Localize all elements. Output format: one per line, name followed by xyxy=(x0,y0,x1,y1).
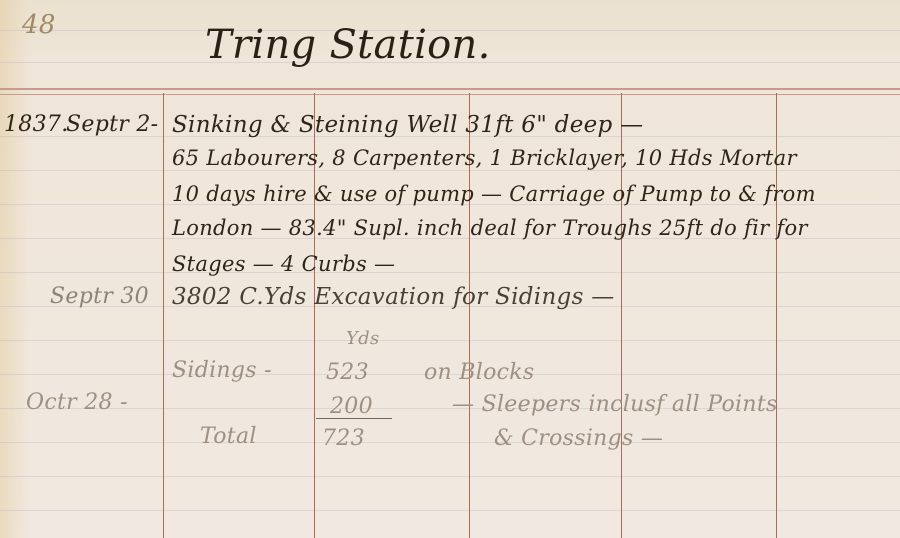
entry-line: 10 days hire & use of pump — Carriage of… xyxy=(172,182,816,206)
note-line: — Sleepers inclusf all Points xyxy=(452,392,778,417)
entry-line: Stages — 4 Curbs — xyxy=(172,252,395,276)
sidings-label: Sidings - xyxy=(172,358,272,383)
unit-label: Yds xyxy=(346,328,380,349)
ruled-line xyxy=(0,272,900,273)
column-divider xyxy=(163,93,164,538)
entry-date: Octr 28 - xyxy=(26,390,128,415)
note-line: & Crossings — xyxy=(494,426,663,451)
total-label: Total xyxy=(200,424,257,449)
entry-line: 3802 C.Yds Excavation for Sidings — xyxy=(172,284,615,310)
entry-date: Septr 30 xyxy=(50,284,149,309)
entry-line: Sinking & Steining Well 31ft 6" deep — xyxy=(172,112,643,138)
ledger-page: 48 Tring Station. 1837. Septr 2- Sinking… xyxy=(0,0,900,538)
ruled-line xyxy=(0,510,900,511)
note-line: on Blocks xyxy=(424,360,535,385)
value-blocks: 523 xyxy=(326,360,369,385)
entry-line: London — 83.4" Supl. inch deal for Troug… xyxy=(172,216,808,240)
entry-year: 1837. xyxy=(4,112,68,137)
total-value: 723 xyxy=(322,426,365,451)
page-number: 48 xyxy=(22,10,56,40)
header-rule-top xyxy=(0,88,900,90)
entry-date: Septr 2- xyxy=(66,112,158,137)
header-rule-bottom xyxy=(0,94,900,95)
ruled-line xyxy=(0,170,900,171)
ruled-line xyxy=(0,442,900,443)
ruled-line xyxy=(0,340,900,341)
sum-line xyxy=(316,418,392,419)
entry-line: 65 Labourers, 8 Carpenters, 1 Bricklayer… xyxy=(172,146,797,170)
page-title: Tring Station. xyxy=(205,22,491,68)
value-sleepers: 200 xyxy=(330,394,373,419)
ruled-line xyxy=(0,476,900,477)
